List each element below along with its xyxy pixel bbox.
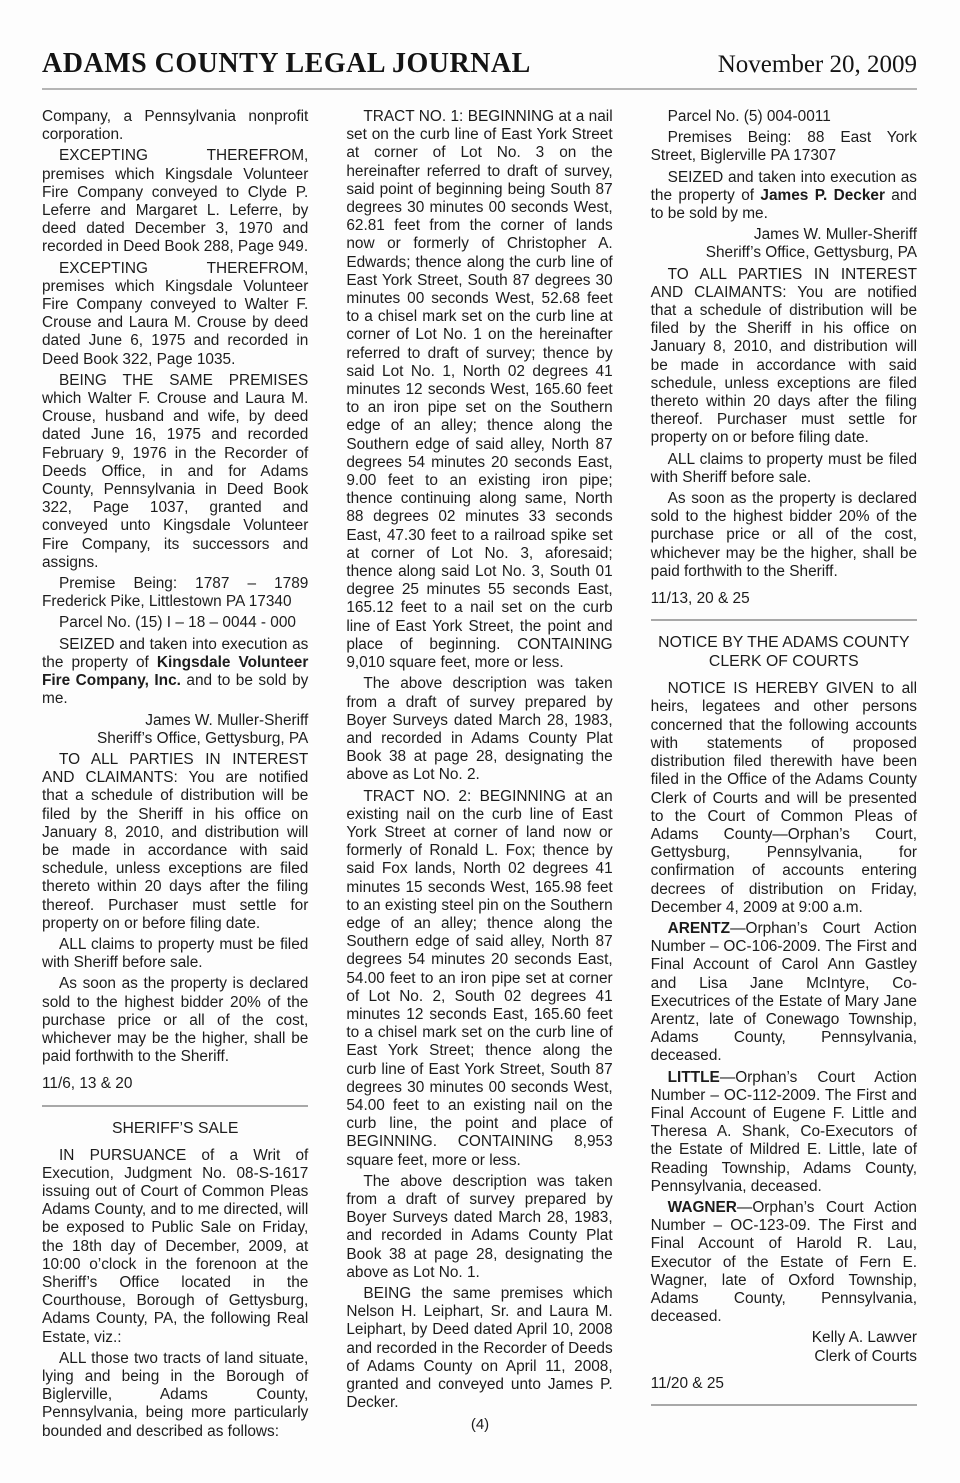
- text-segment: The above description was taken from a d…: [346, 1173, 612, 1281]
- paragraph: ALL claims to property must be filed wit…: [651, 451, 917, 487]
- page-number: (4): [471, 1416, 489, 1433]
- masthead-divider: [42, 88, 917, 90]
- text-segment: Sheriff’s Office, Gettysburg, PA: [97, 730, 308, 747]
- text-segment: Premise Being: 1787 – 1789 Frederick Pik…: [42, 575, 308, 610]
- emphasized-text: ARENTZ: [668, 920, 730, 937]
- text-segment: Kelly A. Lawver: [812, 1329, 917, 1346]
- text-segment: Clerk of Courts: [814, 1348, 917, 1365]
- journal-title: ADAMS COUNTY LEGAL JOURNAL: [42, 48, 531, 80]
- text-segment: James W. Muller-Sheriff: [754, 226, 917, 243]
- text-segment: Sheriff’s Office, Gettysburg, PA: [706, 244, 917, 261]
- text-segment: TO ALL PARTIES IN INTEREST AND CLAIMANTS…: [651, 266, 917, 447]
- text-segment: ALL claims to property must be filed wit…: [42, 936, 308, 971]
- text-segment: —Orphan’s Court Action Number – OC-123-0…: [651, 1199, 917, 1325]
- paragraph: NOTICE IS HEREBY GIVEN to all heirs, leg…: [651, 680, 917, 917]
- section-heading-line: CLERK OF COURTS: [651, 652, 917, 671]
- text-segment: As soon as the property is declared sold…: [651, 490, 917, 580]
- text-segment: Company, a Pennsylvania nonprofit corpor…: [42, 108, 308, 143]
- publication-dates: 11/6, 13 & 20: [42, 1075, 308, 1093]
- paragraph: TRACT NO. 1: BEGINNING at a nail set on …: [346, 108, 612, 672]
- section-divider: [42, 1105, 308, 1107]
- signature-line: James W. Muller-Sheriff: [651, 226, 917, 244]
- signature-line: Kelly A. Lawver: [651, 1329, 917, 1347]
- section-heading: SHERIFF’S SALE: [42, 1119, 308, 1138]
- section-heading: NOTICE BY THE ADAMS COUNTYCLERK OF COURT…: [651, 633, 917, 671]
- text-segment: IN PURSUANCE of a Writ of Execution, Jud…: [42, 1147, 308, 1346]
- text-segment: EXCEPTING THEREFROM, premises which King…: [42, 260, 308, 368]
- text-segment: BEING THE SAME PREMISES which Walter F. …: [42, 372, 308, 571]
- text-segment: As soon as the property is declared sold…: [42, 975, 308, 1065]
- section-heading-line: NOTICE BY THE ADAMS COUNTY: [651, 633, 917, 652]
- text-segment: 11/20 & 25: [651, 1375, 724, 1392]
- signature-line: Clerk of Courts: [651, 1348, 917, 1366]
- issue-date: November 20, 2009: [718, 51, 917, 79]
- signature-line: James W. Muller-Sheriff: [42, 712, 308, 730]
- text-segment: 11/13, 20 & 25: [651, 590, 750, 607]
- paragraph: EXCEPTING THEREFROM, premises which King…: [42, 147, 308, 256]
- paragraph: Premises Being: 88 East York Street, Big…: [651, 129, 917, 165]
- article-columns: Company, a Pennsylvania nonprofit corpor…: [42, 108, 917, 1444]
- paragraph: As soon as the property is declared sold…: [651, 490, 917, 581]
- paragraph: Premise Being: 1787 – 1789 Frederick Pik…: [42, 575, 308, 611]
- paragraph: BEING the same premises which Nelson H. …: [346, 1285, 612, 1412]
- page-footer: (4): [0, 1416, 960, 1433]
- text-segment: —Orphan’s Court Action Number – OC-112-2…: [651, 1069, 917, 1195]
- text-segment: James W. Muller-Sheriff: [145, 712, 308, 729]
- text-segment: Premises Being: 88 East York Street, Big…: [651, 129, 917, 164]
- paragraph: ALL claims to property must be filed wit…: [42, 936, 308, 972]
- paragraph: TRACT NO. 2: BEGINNING at an existing na…: [346, 788, 612, 1170]
- paragraph: LITTLE—Orphan’s Court Action Number – OC…: [651, 1069, 917, 1196]
- column-3: Parcel No. (5) 004-0011Premises Being: 8…: [651, 108, 917, 1444]
- emphasized-text: LITTLE: [668, 1069, 720, 1086]
- paragraph: ARENTZ—Orphan’s Court Action Number – OC…: [651, 920, 917, 1066]
- signature-line: Sheriff’s Office, Gettysburg, PA: [42, 730, 308, 748]
- publication-dates: 11/13, 20 & 25: [651, 590, 917, 608]
- paragraph: Parcel No. (5) 004-0011: [651, 108, 917, 126]
- text-segment: TRACT NO. 1: BEGINNING at a nail set on …: [346, 108, 612, 671]
- paragraph: Parcel No. (15) I – 18 – 0044 - 000: [42, 614, 308, 632]
- paragraph: IN PURSUANCE of a Writ of Execution, Jud…: [42, 1147, 308, 1347]
- paragraph: TO ALL PARTIES IN INTEREST AND CLAIMANTS…: [42, 751, 308, 933]
- text-segment: ALL claims to property must be filed wit…: [651, 451, 917, 486]
- paragraph: As soon as the property is declared sold…: [42, 975, 308, 1066]
- publication-dates: 11/20 & 25: [651, 1375, 917, 1393]
- text-segment: TO ALL PARTIES IN INTEREST AND CLAIMANTS…: [42, 751, 308, 932]
- text-segment: TRACT NO. 2: BEGINNING at an existing na…: [346, 788, 612, 1169]
- journal-page: ADAMS COUNTY LEGAL JOURNAL November 20, …: [0, 0, 960, 1483]
- paragraph: EXCEPTING THEREFROM, premises which King…: [42, 260, 308, 369]
- paragraph: TO ALL PARTIES IN INTEREST AND CLAIMANTS…: [651, 266, 917, 448]
- text-segment: NOTICE IS HEREBY GIVEN to all heirs, leg…: [651, 680, 917, 915]
- text-segment: BEING the same premises which Nelson H. …: [346, 1285, 612, 1411]
- paragraph: BEING THE SAME PREMISES which Walter F. …: [42, 372, 308, 572]
- paragraph: SEIZED and taken into execution as the p…: [651, 169, 917, 224]
- text-segment: EXCEPTING THEREFROM, premises which King…: [42, 147, 308, 255]
- column-1: Company, a Pennsylvania nonprofit corpor…: [42, 108, 308, 1444]
- paragraph: The above description was taken from a d…: [346, 1173, 612, 1282]
- text-segment: Parcel No. (15) I – 18 – 0044 - 000: [59, 614, 296, 631]
- text-segment: Parcel No. (5) 004-0011: [668, 108, 831, 125]
- section-heading-line: SHERIFF’S SALE: [42, 1119, 308, 1138]
- signature-line: Sheriff’s Office, Gettysburg, PA: [651, 244, 917, 262]
- paragraph: The above description was taken from a d…: [346, 675, 612, 784]
- masthead: ADAMS COUNTY LEGAL JOURNAL November 20, …: [42, 48, 917, 80]
- section-divider: [651, 619, 917, 621]
- paragraph-continuation: Company, a Pennsylvania nonprofit corpor…: [42, 108, 308, 144]
- paragraph: SEIZED and taken into execution as the p…: [42, 636, 308, 709]
- column-2: TRACT NO. 1: BEGINNING at a nail set on …: [346, 108, 612, 1444]
- paragraph: WAGNER—Orphan’s Court Action Number – OC…: [651, 1199, 917, 1326]
- text-segment: The above description was taken from a d…: [346, 675, 612, 783]
- emphasized-text: James P. Decker: [760, 187, 885, 204]
- emphasized-text: WAGNER: [668, 1199, 737, 1216]
- text-segment: —Orphan’s Court Action Number – OC-106-2…: [651, 920, 917, 1064]
- section-divider: [651, 1404, 917, 1406]
- text-segment: 11/6, 13 & 20: [42, 1075, 132, 1092]
